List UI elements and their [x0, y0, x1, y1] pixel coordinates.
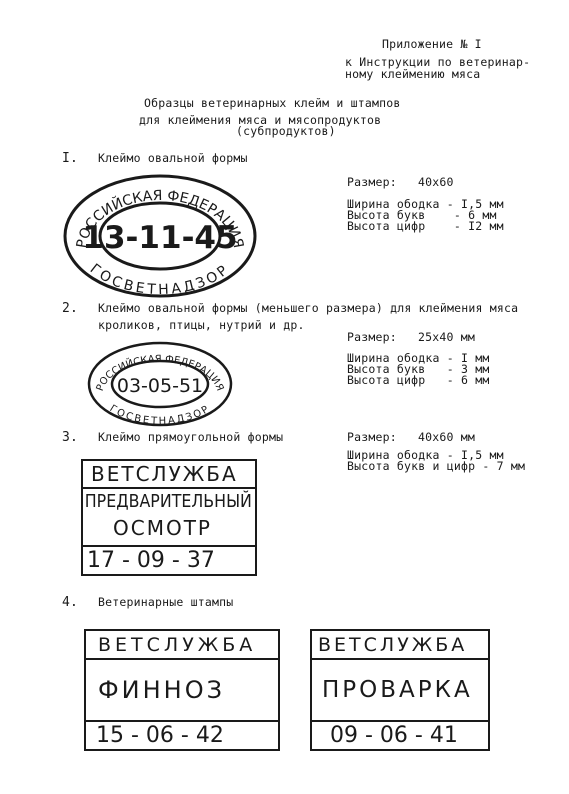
- stamp-3-middle: ПРЕДВАРИТЕЛЬНЫЙ ОСМОТР: [83, 489, 255, 547]
- section-2-heading: Клеймо овальной формы (меньшего размера)…: [98, 302, 518, 315]
- stamp-3-row-4: 17 - 09 - 37: [83, 547, 255, 574]
- section-1-spec-3: Высота цифр - I2 мм: [347, 221, 504, 232]
- stamp-4b-row-2: ПРОВАРКА: [312, 660, 488, 722]
- oval-stamp-small: РОССИЙСКАЯ ФЕДЕРАЦИЯ ГОСВЕТНАДЗОР 03-05-…: [86, 340, 234, 428]
- stamp-4a-row-1: ВЕТСЛУЖБА: [86, 631, 278, 660]
- section-1-heading: Клеймо овальной формы: [98, 152, 248, 165]
- reference-line-2: ному клеймению мяса: [345, 68, 480, 81]
- section-1-size-value: 40x60: [418, 176, 454, 189]
- section-2-spec-3: Высота цифр - 6 мм: [347, 375, 489, 386]
- rectangular-stamp: ВЕТСЛУЖБА ПРЕДВАРИТЕЛЬНЫЙ ОСМОТР 17 - 09…: [81, 459, 257, 576]
- section-2-number: 2.: [62, 302, 78, 315]
- stamp-2-number: 03-05-51: [117, 375, 203, 397]
- section-3-size-value: 40x60 мм: [418, 431, 475, 444]
- appendix-label: Приложение № I: [382, 38, 482, 51]
- svg-text:ГОСВЕТНАДЗОР: ГОСВЕТНАДЗОР: [87, 261, 233, 298]
- vet-stamp-provarka: ВЕТСЛУЖБА ПРОВАРКА 09 - 06 - 41: [310, 629, 490, 751]
- title-line-3: (субпродуктов): [236, 125, 336, 138]
- section-3-heading: Клеймо прямоугольной формы: [98, 431, 283, 444]
- stamp-3-row-1: ВЕТСЛУЖБА: [83, 461, 255, 489]
- section-1-number: I.: [62, 152, 78, 165]
- stamp-1-number: 13-11-45: [82, 220, 237, 256]
- stamp-4a-row-2: ФИННОЗ: [86, 660, 278, 722]
- stamp-3-row-2: ПРЕДВАРИТЕЛЬНЫЙ: [83, 489, 234, 515]
- stamp-4b-row-1: ВЕТСЛУЖБА: [312, 631, 488, 660]
- section-3-number: 3.: [62, 431, 78, 444]
- vet-stamp-finnoz: ВЕТСЛУЖБА ФИННОЗ 15 - 06 - 42: [84, 629, 280, 751]
- section-2-size-value: 25x40 мм: [418, 331, 475, 344]
- section-3-size-label: Размер:: [347, 431, 397, 444]
- stamp-1-bottom-text: ГОСВЕТНАДЗОР: [87, 261, 233, 298]
- title-line-1: Образцы ветеринарных клейм и штампов: [144, 97, 400, 110]
- stamp-3-row-3: ОСМОТР: [83, 515, 255, 541]
- section-3-spec-2: Высота букв и цифр - 7 мм: [347, 461, 525, 472]
- section-4-number: 4.: [62, 596, 78, 609]
- stamp-4b-row-3: 09 - 06 - 41: [312, 722, 488, 749]
- section-2-size-label: Размер:: [347, 331, 397, 344]
- oval-stamp-large: РОССИЙСКАЯ ФЕДЕРАЦИЯ ГОСВЕТНАДЗОР 13-11-…: [62, 172, 258, 298]
- section-4-heading: Ветеринарные штампы: [98, 596, 233, 609]
- section-2-heading-line-2: кроликов, птицы, нутрий и др.: [98, 319, 305, 332]
- stamp-4a-row-3: 15 - 06 - 42: [86, 722, 278, 749]
- section-1-size-label: Размер:: [347, 176, 397, 189]
